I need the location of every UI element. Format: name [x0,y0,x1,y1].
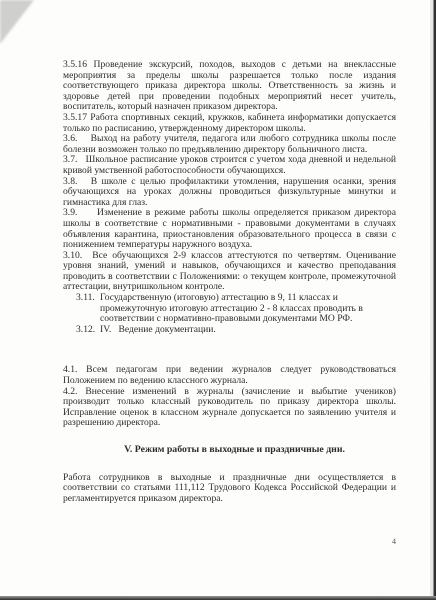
item-text: IV. Ведение документации. [100,324,216,335]
scan-right-edge [430,0,436,600]
paragraph-text: Проведение экскурсий, походов, выходов с… [63,59,396,112]
paragraph-text: Работа спортивных секций, кружков, кабин… [63,112,396,134]
paragraph-4-1: 4.1. Всем педагогам при ведении журналов… [63,365,396,386]
scan-bottom-edge [0,596,436,600]
paragraph-number: 3.7. [63,154,77,165]
paragraph-4-2: 4.2. Внесение изменений в журналы (зачис… [63,387,396,429]
paragraph-3-5-17: 3.5.17 Работа спортивных секций, кружков… [63,113,396,134]
paragraph-number: 4.1. [63,364,77,375]
spacer [63,335,396,365]
paragraph-3-5-16: 3.5.16 Проведение экскурсий, походов, вы… [63,60,396,113]
paragraph-text: Все обучающихся 2-9 классов аттестуются … [63,250,396,293]
paragraph-number: 3.10. [63,250,82,261]
paragraph-text: Выход на работу учителя, педагога или лю… [63,133,396,155]
paragraph-3-6: 3.6. Выход на работу учителя, педагога и… [63,134,396,155]
paragraph-number: 3.5.17 [63,112,87,123]
paragraph-number: 4.2. [63,386,77,397]
paragraph-text: Внесение изменений в журналы (зачисление… [63,386,396,429]
item-text: Государственную (итоговую) аттестацию в … [100,292,363,324]
item-3-12: 3.12.IV. Ведение документации. [76,325,396,336]
section-5-heading: V. Режим работы в выходные и праздничные… [63,445,396,456]
page-number: 4 [392,537,396,546]
paragraph-text: Изменение в режиме работы школы определя… [63,207,396,250]
scan-corner-shadow [0,0,34,44]
document-page: 3.5.16 Проведение экскурсий, походов, вы… [63,60,396,504]
paragraph-text: Школьное расписание уроков строится с уч… [63,154,396,176]
paragraph-text: В школе с целью профилактики утомления, … [63,176,396,208]
paragraph-number: 3.5.16 [63,59,87,70]
paragraph-number: 3.6. [63,133,77,144]
paragraph-3-9: 3.9. Изменение в режиме работы школы опр… [63,208,396,250]
spacer [63,456,396,473]
paragraph-text: Всем педагогам при ведении журналов след… [63,364,396,386]
item-number: 3.12. [76,325,100,336]
paragraph-number: 3.8. [63,176,77,187]
paragraph-number: 3.9. [63,207,77,218]
paragraph-3-8: 3.8. В школе с целью профилактики утомле… [63,177,396,209]
section-5-text: Работа сотрудников в выходные и празднич… [63,473,396,505]
item-number: 3.11. [76,293,100,304]
item-3-11: 3.11.Государственную (итоговую) аттестац… [76,293,396,325]
paragraph-3-10: 3.10. Все обучающихся 2-9 классов аттест… [63,251,396,293]
paragraph-3-7: 3.7. Школьное расписание уроков строится… [63,155,396,176]
